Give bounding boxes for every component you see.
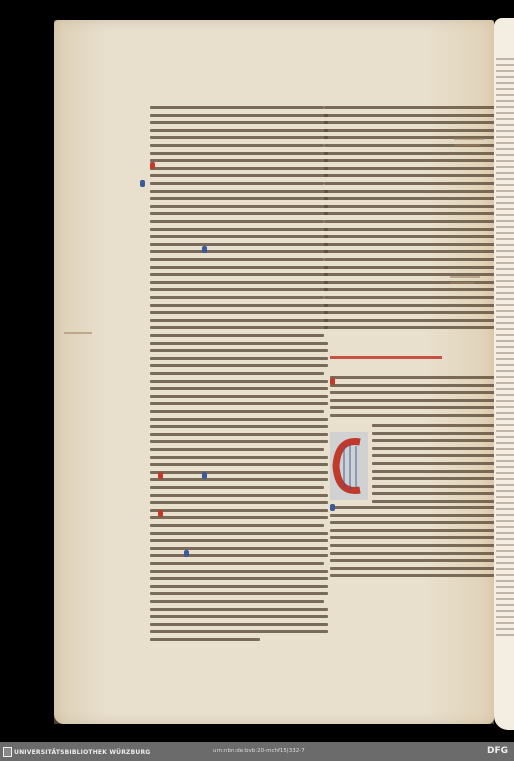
- image-viewer[interactable]: [0, 0, 514, 742]
- next-page-text-line: [496, 514, 514, 516]
- text-line: [372, 500, 498, 503]
- next-page-text-line: [496, 148, 514, 150]
- text-line: [150, 471, 328, 474]
- text-line: [150, 516, 328, 519]
- next-page-text-line: [496, 226, 514, 228]
- text-line: [150, 311, 328, 314]
- text-line: [150, 486, 324, 489]
- next-page-text-line: [496, 544, 514, 546]
- text-line: [150, 220, 324, 223]
- next-page-text-line: [496, 322, 514, 324]
- text-line: [372, 454, 498, 457]
- next-page-text-line: [496, 118, 514, 120]
- next-page-text-line: [496, 268, 514, 270]
- text-line: [150, 425, 328, 428]
- text-line: [324, 159, 500, 162]
- text-line: [372, 470, 498, 473]
- text-line: [150, 600, 324, 603]
- text-line: [150, 615, 328, 618]
- text-line: [150, 547, 328, 550]
- next-page-text-line: [496, 94, 514, 96]
- decorated-initial-icon: [158, 472, 163, 479]
- next-page-text-line: [496, 490, 514, 492]
- next-page-text-line: [496, 166, 514, 168]
- text-line: [324, 319, 500, 322]
- next-page-text-line: [496, 562, 514, 564]
- next-page-text-line: [496, 286, 514, 288]
- text-line: [150, 539, 328, 542]
- next-page-text-line: [496, 556, 514, 558]
- text-line: [324, 106, 500, 109]
- text-line: [150, 190, 328, 193]
- text-line: [372, 439, 498, 442]
- next-page-text-line: [496, 508, 514, 510]
- next-page-text-line: [496, 88, 514, 90]
- text-line: [324, 304, 500, 307]
- text-line: [150, 623, 328, 626]
- next-page-text-line: [496, 274, 514, 276]
- next-page-text-line: [496, 220, 514, 222]
- next-page-text-line: [496, 352, 514, 354]
- manuscript-page: [54, 20, 494, 724]
- next-page-text-line: [496, 448, 514, 450]
- text-line: [150, 463, 328, 466]
- next-page-text-line: [496, 454, 514, 456]
- text-line: [150, 342, 328, 345]
- next-page-text-line: [496, 76, 514, 78]
- next-page-text-line: [496, 622, 514, 624]
- next-page-text-line: [496, 526, 514, 528]
- text-line: [150, 570, 328, 573]
- margin-note: [450, 276, 480, 278]
- text-line: [150, 524, 324, 527]
- text-line: [150, 357, 328, 360]
- text-line: [150, 638, 260, 641]
- text-line: [150, 114, 328, 117]
- next-page-text-line: [496, 280, 514, 282]
- text-line: [150, 478, 328, 481]
- text-line: [324, 235, 500, 238]
- next-page-text-line: [496, 328, 514, 330]
- next-page-text-line: [496, 154, 514, 156]
- next-page-text-line: [496, 256, 514, 258]
- next-page-text-line: [496, 472, 514, 474]
- text-line: [150, 273, 328, 276]
- text-line: [372, 432, 498, 435]
- text-line: [150, 554, 328, 557]
- text-line: [150, 585, 328, 588]
- next-page-text-line: [496, 292, 514, 294]
- text-line: [150, 106, 324, 109]
- text-line: [324, 212, 500, 215]
- rubric-line: [330, 356, 442, 359]
- next-page-edge: [494, 18, 514, 730]
- text-line: [150, 174, 328, 177]
- text-line: [330, 406, 498, 409]
- next-page-text-line: [496, 466, 514, 468]
- text-line: [150, 250, 328, 253]
- next-page-text-line: [496, 376, 514, 378]
- next-page-text-line: [496, 406, 514, 408]
- next-page-text-line: [496, 298, 514, 300]
- next-page-text-line: [496, 196, 514, 198]
- text-line: [150, 152, 328, 155]
- text-line: [324, 167, 500, 170]
- text-line: [324, 296, 500, 299]
- text-line: [330, 391, 498, 394]
- next-page-text-line: [496, 112, 514, 114]
- text-line: [330, 536, 498, 539]
- text-line: [150, 509, 328, 512]
- next-page-text-line: [496, 334, 514, 336]
- text-line: [150, 326, 328, 329]
- next-page-text-line: [496, 106, 514, 108]
- text-line: [150, 608, 328, 611]
- next-page-text-line: [496, 244, 514, 246]
- next-page-text-line: [496, 436, 514, 438]
- urn-identifier: urn:nbn:de:bvb:20-mchf15|332-7: [213, 748, 305, 754]
- decorated-initial-icon: [330, 504, 335, 511]
- text-line: [150, 235, 328, 238]
- text-line: [324, 114, 500, 117]
- next-page-text-line: [496, 502, 514, 504]
- next-page-text-line: [496, 496, 514, 498]
- text-line: [150, 197, 328, 200]
- next-page-text-line: [496, 460, 514, 462]
- next-page-text-line: [496, 172, 514, 174]
- text-line: [150, 532, 328, 535]
- next-page-text-line: [496, 160, 514, 162]
- text-line: [150, 167, 328, 170]
- next-page-text-line: [496, 628, 514, 630]
- decorated-initial-icon: [158, 510, 163, 517]
- text-line: [150, 592, 328, 595]
- next-page-text-line: [496, 370, 514, 372]
- institution-name: UNIVERSITÄTSBIBLIOTHEK WÜRZBURG: [14, 749, 150, 756]
- library-logo-icon: [3, 747, 12, 757]
- next-page-text-line: [496, 178, 514, 180]
- text-line: [324, 311, 500, 314]
- next-page-text-line: [496, 382, 514, 384]
- text-line: [150, 410, 324, 413]
- text-line: [372, 462, 498, 465]
- text-line: [150, 577, 328, 580]
- decorated-initial-icon: [330, 378, 335, 385]
- next-page-text-line: [496, 250, 514, 252]
- next-page-text-line: [496, 418, 514, 420]
- next-page-text-line: [496, 304, 514, 306]
- margin-note: [64, 332, 92, 334]
- next-page-text-line: [496, 208, 514, 210]
- text-line: [150, 349, 328, 352]
- text-line: [150, 364, 328, 367]
- text-line: [150, 433, 328, 436]
- margin-note: [450, 282, 474, 284]
- next-page-text-line: [496, 424, 514, 426]
- next-page-text-line: [496, 136, 514, 138]
- text-line: [372, 485, 498, 488]
- text-line: [150, 144, 324, 147]
- next-page-text-line: [496, 586, 514, 588]
- text-line: [324, 205, 500, 208]
- next-page-text-line: [496, 124, 514, 126]
- next-page-text-line: [496, 550, 514, 552]
- text-line: [324, 326, 500, 329]
- text-line: [150, 380, 328, 383]
- text-line: [330, 399, 498, 402]
- text-line: [330, 506, 498, 509]
- next-page-text-line: [496, 358, 514, 360]
- next-page-text-line: [496, 100, 514, 102]
- text-line: [324, 243, 500, 246]
- next-page-text-line: [496, 580, 514, 582]
- text-line: [150, 243, 328, 246]
- text-line: [150, 266, 328, 269]
- next-page-text-line: [496, 82, 514, 84]
- text-line: [330, 529, 498, 532]
- next-page-text-line: [496, 340, 514, 342]
- text-line: [330, 384, 498, 387]
- text-line: [150, 129, 328, 132]
- next-page-text-line: [496, 316, 514, 318]
- next-page-text-line: [496, 58, 514, 60]
- next-page-text-line: [496, 388, 514, 390]
- text-line: [150, 440, 328, 443]
- text-line: [324, 228, 500, 231]
- text-line: [150, 456, 328, 459]
- text-line: [150, 630, 328, 633]
- next-page-text-line: [496, 262, 514, 264]
- text-line: [150, 562, 324, 565]
- text-line: [324, 220, 500, 223]
- next-page-text-line: [496, 70, 514, 72]
- next-page-text-line: [496, 520, 514, 522]
- text-line: [330, 376, 498, 379]
- text-line: [372, 477, 498, 480]
- next-page-text-line: [496, 346, 514, 348]
- next-page-text-line: [496, 532, 514, 534]
- text-line: [324, 190, 500, 193]
- margin-note: [454, 138, 484, 140]
- next-page-text-line: [496, 616, 514, 618]
- text-line: [324, 288, 500, 291]
- decorated-initial-icon: [150, 162, 155, 169]
- text-line: [330, 414, 498, 417]
- text-line: [150, 304, 328, 307]
- next-page-text-line: [496, 610, 514, 612]
- next-page-text-line: [496, 190, 514, 192]
- text-line: [150, 296, 324, 299]
- text-line: [330, 521, 498, 524]
- text-line: [330, 574, 498, 577]
- text-line: [324, 121, 500, 124]
- text-line: [150, 402, 328, 405]
- text-line: [150, 319, 328, 322]
- text-line: [324, 182, 500, 185]
- text-line: [150, 448, 324, 451]
- next-page-text-line: [496, 202, 514, 204]
- next-page-text-line: [496, 538, 514, 540]
- decorated-initial-icon: [202, 246, 207, 253]
- next-page-text-line: [496, 364, 514, 366]
- footer-bar: UNIVERSITÄTSBIBLIOTHEK WÜRZBURG urn:nbn:…: [0, 742, 514, 761]
- text-line: [150, 136, 328, 139]
- next-page-text-line: [496, 142, 514, 144]
- next-page-text-line: [496, 238, 514, 240]
- next-page-text-line: [496, 574, 514, 576]
- next-page-text-line: [496, 568, 514, 570]
- decorated-initial-icon: [140, 180, 145, 187]
- next-page-text-line: [496, 598, 514, 600]
- text-line: [324, 258, 500, 261]
- next-page-text-line: [496, 484, 514, 486]
- text-line: [150, 395, 328, 398]
- text-line: [324, 250, 500, 253]
- text-line: [150, 334, 324, 337]
- text-line: [150, 159, 328, 162]
- next-page-text-line: [496, 478, 514, 480]
- next-page-text-line: [496, 400, 514, 402]
- next-page-text-line: [496, 130, 514, 132]
- next-page-text-line: [496, 430, 514, 432]
- next-page-text-line: [496, 412, 514, 414]
- text-line: [372, 447, 498, 450]
- decorated-initial-icon: [202, 472, 207, 479]
- next-page-text-line: [496, 232, 514, 234]
- text-line: [150, 372, 324, 375]
- dfg-logo[interactable]: DFG: [487, 746, 508, 756]
- text-line: [372, 492, 498, 495]
- text-line: [330, 552, 498, 555]
- text-line: [150, 501, 328, 504]
- text-line: [150, 121, 328, 124]
- text-line: [150, 281, 328, 284]
- next-page-text-line: [496, 214, 514, 216]
- text-line: [330, 567, 498, 570]
- text-line: [330, 514, 498, 517]
- next-page-text-line: [496, 592, 514, 594]
- next-page-text-line: [496, 310, 514, 312]
- decorated-initial-icon: [184, 550, 189, 557]
- next-page-text-line: [496, 394, 514, 396]
- text-line: [150, 228, 328, 231]
- text-line: [324, 152, 500, 155]
- next-page-text-line: [496, 604, 514, 606]
- institution-logo[interactable]: UNIVERSITÄTSBIBLIOTHEK WÜRZBURG: [3, 747, 150, 757]
- text-line: [330, 544, 498, 547]
- next-page-text-line: [496, 184, 514, 186]
- text-line: [150, 258, 324, 261]
- next-page-text-line: [496, 64, 514, 66]
- text-line: [150, 288, 328, 291]
- text-line: [150, 387, 328, 390]
- text-line: [150, 418, 328, 421]
- text-line: [324, 174, 500, 177]
- margin-note: [454, 144, 480, 146]
- text-line: [150, 205, 328, 208]
- text-line: [324, 266, 500, 269]
- text-line: [330, 559, 498, 562]
- text-line: [150, 494, 328, 497]
- text-line: [324, 129, 500, 132]
- text-line: [150, 212, 328, 215]
- text-line: [324, 197, 500, 200]
- next-page-text-line: [496, 634, 514, 636]
- next-page-text-line: [496, 442, 514, 444]
- text-line: [372, 424, 498, 427]
- illuminated-initial-c-icon: [330, 432, 368, 500]
- text-line: [150, 182, 324, 185]
